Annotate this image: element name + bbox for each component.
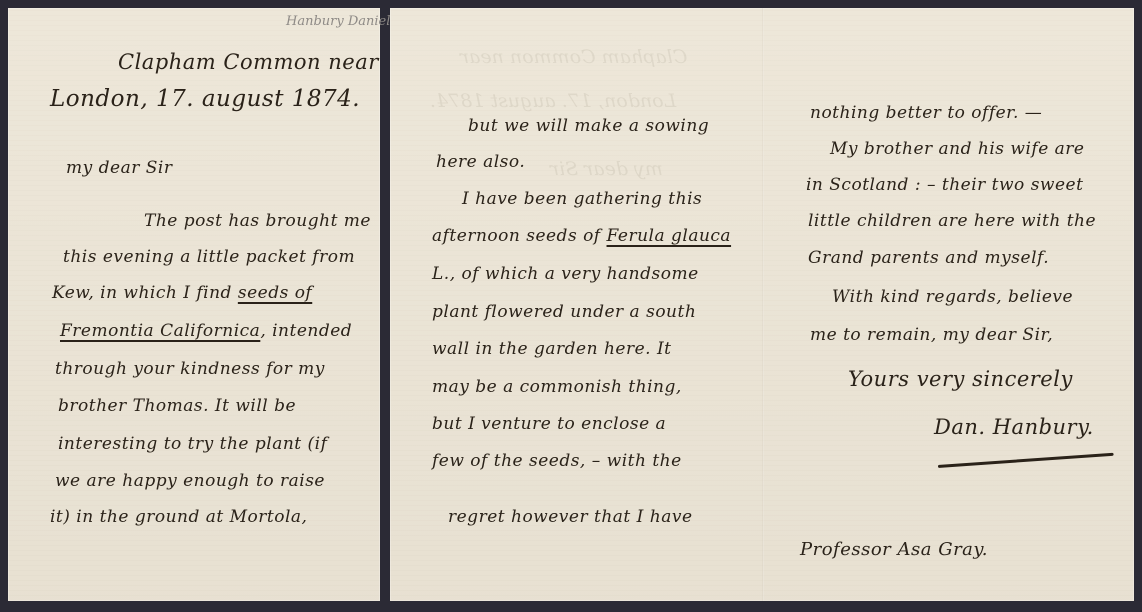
body-line-3-text: Kew, in which I find [52, 283, 238, 303]
right-col-line-5: Grand parents and myself. [808, 250, 1049, 267]
right-col-line-3: in Scotland : – their two sweet [806, 177, 1083, 194]
body-line-8: we are happy enough to raise [55, 473, 325, 490]
left-col-line-11: regret however that I have [448, 509, 693, 526]
left-col-line-7: wall in the garden here. It [432, 341, 672, 358]
signature-flourish [938, 453, 1114, 468]
address-line-2: London, 17. august 1874. [50, 88, 360, 111]
underlined-seeds-of: seeds of [238, 283, 312, 303]
bleed-through-line-2: London, 17. august 1874. [430, 90, 676, 112]
left-col-line-6: plant flowered under a south [432, 304, 696, 321]
bleed-through-line-1: Clapham Common near [460, 46, 687, 68]
body-line-5: through your kindness for my [55, 361, 325, 378]
letter-page-2: Clapham Common near London, 17. august 1… [390, 8, 1134, 601]
body-line-9: it) in the ground at Mortola, [50, 509, 307, 526]
right-col-line-4: little children are here with the [808, 213, 1096, 230]
right-col-line-1: nothing better to offer. — [810, 105, 1042, 122]
archive-pencil-note: Hanbury Daniel [286, 14, 390, 29]
addressee: Professor Asa Gray. [800, 541, 988, 559]
letter-page-1: Hanbury Daniel Clapham Common near Londo… [8, 8, 380, 601]
body-line-3: Kew, in which I find seeds of [52, 285, 312, 302]
right-col-line-6: With kind regards, believe [832, 289, 1073, 306]
body-line-1: The post has brought me [144, 213, 371, 230]
address-line-1: Clapham Common near [118, 52, 379, 73]
page-fold [762, 8, 764, 601]
left-col-line-1: but we will make a sowing [468, 118, 709, 135]
right-col-line-7: me to remain, my dear Sir, [810, 327, 1053, 344]
left-col-line-8: may be a commonish thing, [432, 379, 682, 396]
closing: Yours very sincerely [848, 369, 1073, 390]
left-col-line-5: L., of which a very handsome [432, 266, 699, 283]
left-col-line-4: afternoon seeds of Ferula glauca [432, 228, 731, 245]
left-col-line-4-text: afternoon seeds of [432, 226, 607, 246]
bleed-through-line-3: my dear Sir [550, 158, 663, 180]
left-col-line-2: here also. [436, 154, 525, 171]
species-name-fremontia: Fremontia Californica [60, 321, 260, 341]
left-col-line-9: but I venture to enclose a [432, 416, 666, 433]
species-name-ferula: Ferula glauca [607, 226, 732, 246]
body-line-4-text: , intended [260, 321, 352, 341]
body-line-7: interesting to try the plant (if [58, 436, 327, 453]
salutation: my dear Sir [66, 160, 172, 177]
left-col-line-3: I have been gathering this [462, 191, 702, 208]
left-col-line-10: few of the seeds, – with the [432, 453, 682, 470]
body-line-4: Fremontia Californica, intended [60, 323, 352, 340]
body-line-2: this evening a little packet from [63, 249, 355, 266]
right-col-line-2: My brother and his wife are [830, 141, 1084, 158]
body-line-6: brother Thomas. It will be [58, 398, 296, 415]
signature: Dan. Hanbury. [934, 417, 1094, 438]
